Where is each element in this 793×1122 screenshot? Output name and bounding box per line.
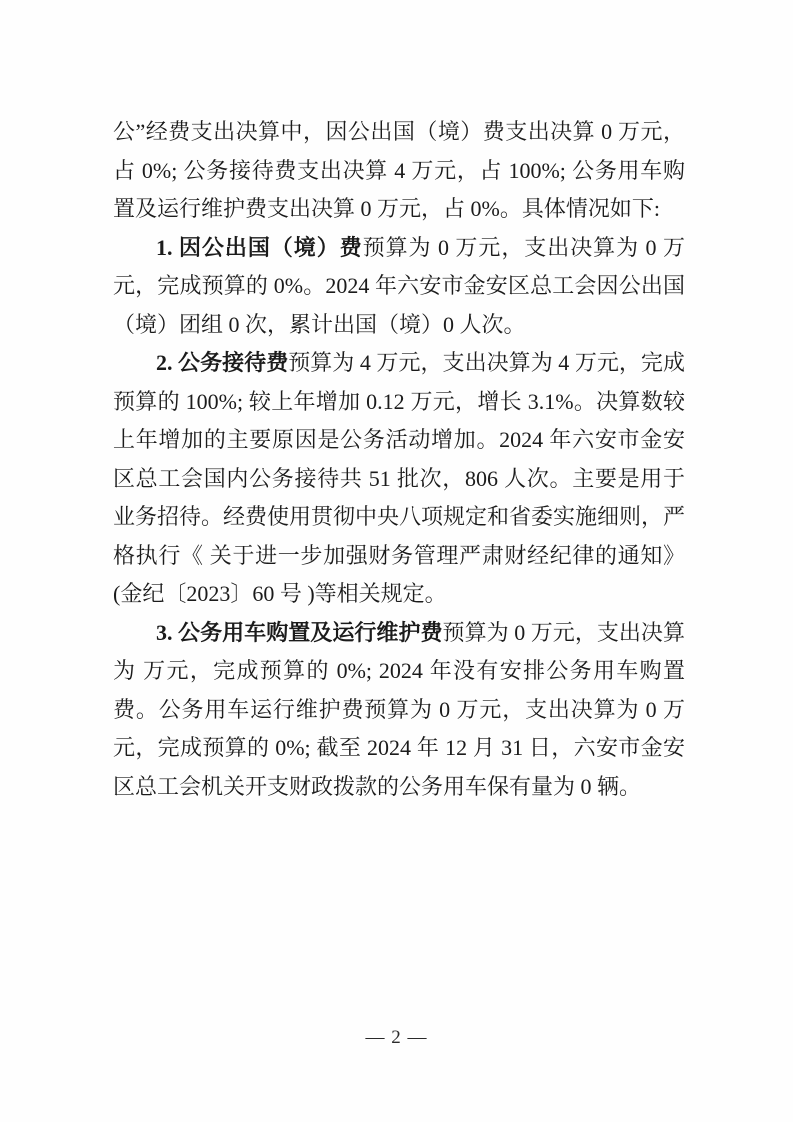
paragraph-overseas-trips-expense: 1. 因公出国（境）费预算为 0 万元，支出决算为 0 万元，完成预算的 0%。… xyxy=(113,229,685,345)
body-text-run: 公”经费支出决算中，因公出国（境）费支出决算 0 万元，占 0%; 公务接待费支… xyxy=(113,119,685,221)
paragraph-three-public-overview: 公”经费支出决算中，因公出国（境）费支出决算 0 万元，占 0%; 公务接待费支… xyxy=(113,113,685,229)
section-3-heading: 3. 公务用车购置及运行维护费 xyxy=(156,620,443,645)
page-footer: — 2 — xyxy=(0,1026,793,1050)
paragraph-official-vehicle-expense: 3. 公务用车购置及运行维护费预算为 0 万元，支出决算为 万元，完成预算的 0… xyxy=(113,614,685,807)
body-text-run: 预算为 0 万元，支出决算为 万元，完成预算的 0%; 2024 年没有安排公务… xyxy=(113,620,685,799)
document-body: 公”经费支出决算中，因公出国（境）费支出决算 0 万元，占 0%; 公务接待费支… xyxy=(113,113,685,806)
page-number: — 2 — xyxy=(366,1027,428,1048)
document-page: 公”经费支出决算中，因公出国（境）费支出决算 0 万元，占 0%; 公务接待费支… xyxy=(0,0,793,1122)
section-1-heading: 1. 因公出国（境）费 xyxy=(156,235,363,260)
section-2-heading: 2. 公务接待费 xyxy=(156,350,288,375)
body-text-run: 预算为 4 万元，支出决算为 4 万元，完成预算的 100%; 较上年增加 0.… xyxy=(113,350,685,606)
paragraph-official-reception-expense: 2. 公务接待费预算为 4 万元，支出决算为 4 万元，完成预算的 100%; … xyxy=(113,344,685,614)
